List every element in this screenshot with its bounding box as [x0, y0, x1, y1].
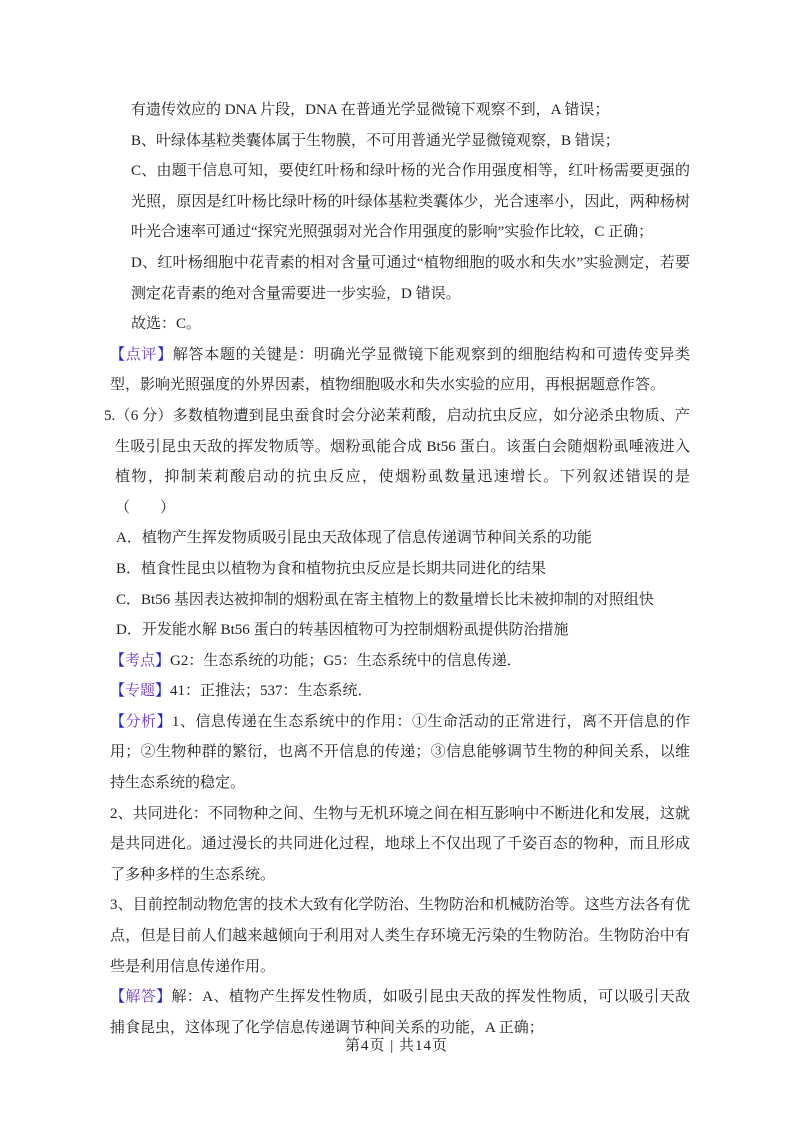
page-footer: 第4页 | 共14页	[0, 1034, 793, 1055]
tag-open-bracket: 【	[110, 683, 125, 699]
zhuanti-tag-label: 专题	[125, 683, 155, 699]
page-number-indicator: 第4页 | 共14页	[345, 1038, 448, 1054]
question-5-section: 5.（6 分）多数植物遭到昆虫蚕食时会分泌茉莉酸，启动抗虫反应，如分泌杀虫物质、…	[0, 401, 793, 1043]
zhuanti-tag: 【专题】	[110, 683, 170, 699]
tag-close-bracket: 】	[155, 683, 170, 699]
q5-option-a: A．植物产生挥发物质吸引昆虫天敌体现了信息传递调节种间关系的功能	[0, 523, 793, 554]
q5-zhuanti-text: 41：正推法；537：生态系统．	[170, 683, 373, 699]
tag-close-bracket: 】	[155, 653, 170, 669]
tag-open-bracket: 【	[110, 714, 125, 730]
q5-fenxi-point-2: 2、共同进化：不同物种之间、生物与无机环境之间在相互影响中不断进化和发展，这就是…	[0, 799, 793, 891]
tag-open-bracket: 【	[110, 347, 126, 363]
tag-open-bracket: 【	[110, 989, 125, 1005]
q5-kaodian-text: G2：生态系统的功能；G5：生态系统中的信息传递．	[170, 653, 522, 669]
q5-option-d: D．开发能水解 Bt56 蛋白的转基因植物可为控制烟粉虱提供防治措施	[0, 615, 793, 646]
q4-comment-text: 解答本题的关键是：明确光学显微镜下能观察到的细胞结构和可遗传变异类型，影响光照强…	[110, 347, 690, 394]
jieda-tag-label: 解答	[125, 989, 156, 1005]
q4-explanation-c: C、由题干信息可知，要使红叶杨和绿叶杨的光合作用强度相等，红叶杨需要更强的光照，…	[0, 156, 793, 248]
dianping-tag-label: 点评	[126, 347, 157, 363]
question-4-solution-section: 有遗传效应的 DNA 片段，DNA 在普通光学显微镜下观察不到，A 错误； B、…	[0, 95, 793, 401]
q5-fenxi-paragraph: 【分析】1、信息传递在生态系统中的作用：①生命活动的正常进行，离不开信息的作用；…	[0, 707, 793, 799]
jieda-tag: 【解答】	[110, 989, 172, 1005]
q4-answer-conclusion: 故选：C。	[0, 309, 793, 340]
q5-kaodian-paragraph: 【考点】G2：生态系统的功能；G5：生态系统中的信息传递．	[0, 646, 793, 677]
q5-option-c: C．Bt56 基因表达被抑制的烟粉虱在寄主植物上的数量增长比未被抑制的对照组快	[0, 585, 793, 616]
kaodian-tag-label: 考点	[125, 653, 155, 669]
document-page: 有遗传效应的 DNA 片段，DNA 在普通光学显微镜下观察不到，A 错误； B、…	[0, 0, 793, 1122]
q5-zhuanti-paragraph: 【专题】41：正推法；537：生态系统．	[0, 676, 793, 707]
kaodian-tag: 【考点】	[110, 653, 170, 669]
tag-close-bracket: 】	[156, 714, 171, 730]
tag-open-bracket: 【	[110, 653, 125, 669]
document-body: 有遗传效应的 DNA 片段，DNA 在普通光学显微镜下观察不到，A 错误； B、…	[0, 95, 793, 1043]
q5-stem: 5.（6 分）多数植物遭到昆虫蚕食时会分泌茉莉酸，启动抗虫反应，如分泌杀虫物质、…	[0, 401, 793, 523]
tag-close-bracket: 】	[157, 347, 173, 363]
q5-fenxi-point-3: 3、目前控制动物危害的技术大致有化学防治、生物防治和机械防治等。这些方法各有优点…	[0, 890, 793, 982]
q4-explanation-a: 有遗传效应的 DNA 片段，DNA 在普通光学显微镜下观察不到，A 错误；	[0, 95, 793, 126]
q5-fenxi-text: 1、信息传递在生态系统中的作用：①生命活动的正常进行，离不开信息的作用；②生物种…	[110, 714, 690, 791]
fenxi-tag: 【分析】	[110, 714, 172, 730]
q4-comment-paragraph: 【点评】解答本题的关键是：明确光学显微镜下能观察到的细胞结构和可遗传变异类型，影…	[0, 340, 793, 401]
q4-explanation-b: B、叶绿体基粒类囊体属于生物膜，不可用普通光学显微镜观察，B 错误；	[0, 126, 793, 157]
q5-jieda-text: 解：A、植物产生挥发性物质，如吸引昆虫天敌的挥发性物质，可以吸引天敌捕食昆虫，这…	[110, 989, 690, 1036]
fenxi-tag-label: 分析	[125, 714, 156, 730]
q5-option-b: B．植食性昆虫以植物为食和植物抗虫反应是长期共同进化的结果	[0, 554, 793, 585]
q4-explanation-d: D、红叶杨细胞中花青素的相对含量可通过“植物细胞的吸水和失水”实验测定，若要测定…	[0, 248, 793, 309]
dianping-tag: 【点评】	[110, 347, 173, 363]
tag-close-bracket: 】	[156, 989, 171, 1005]
